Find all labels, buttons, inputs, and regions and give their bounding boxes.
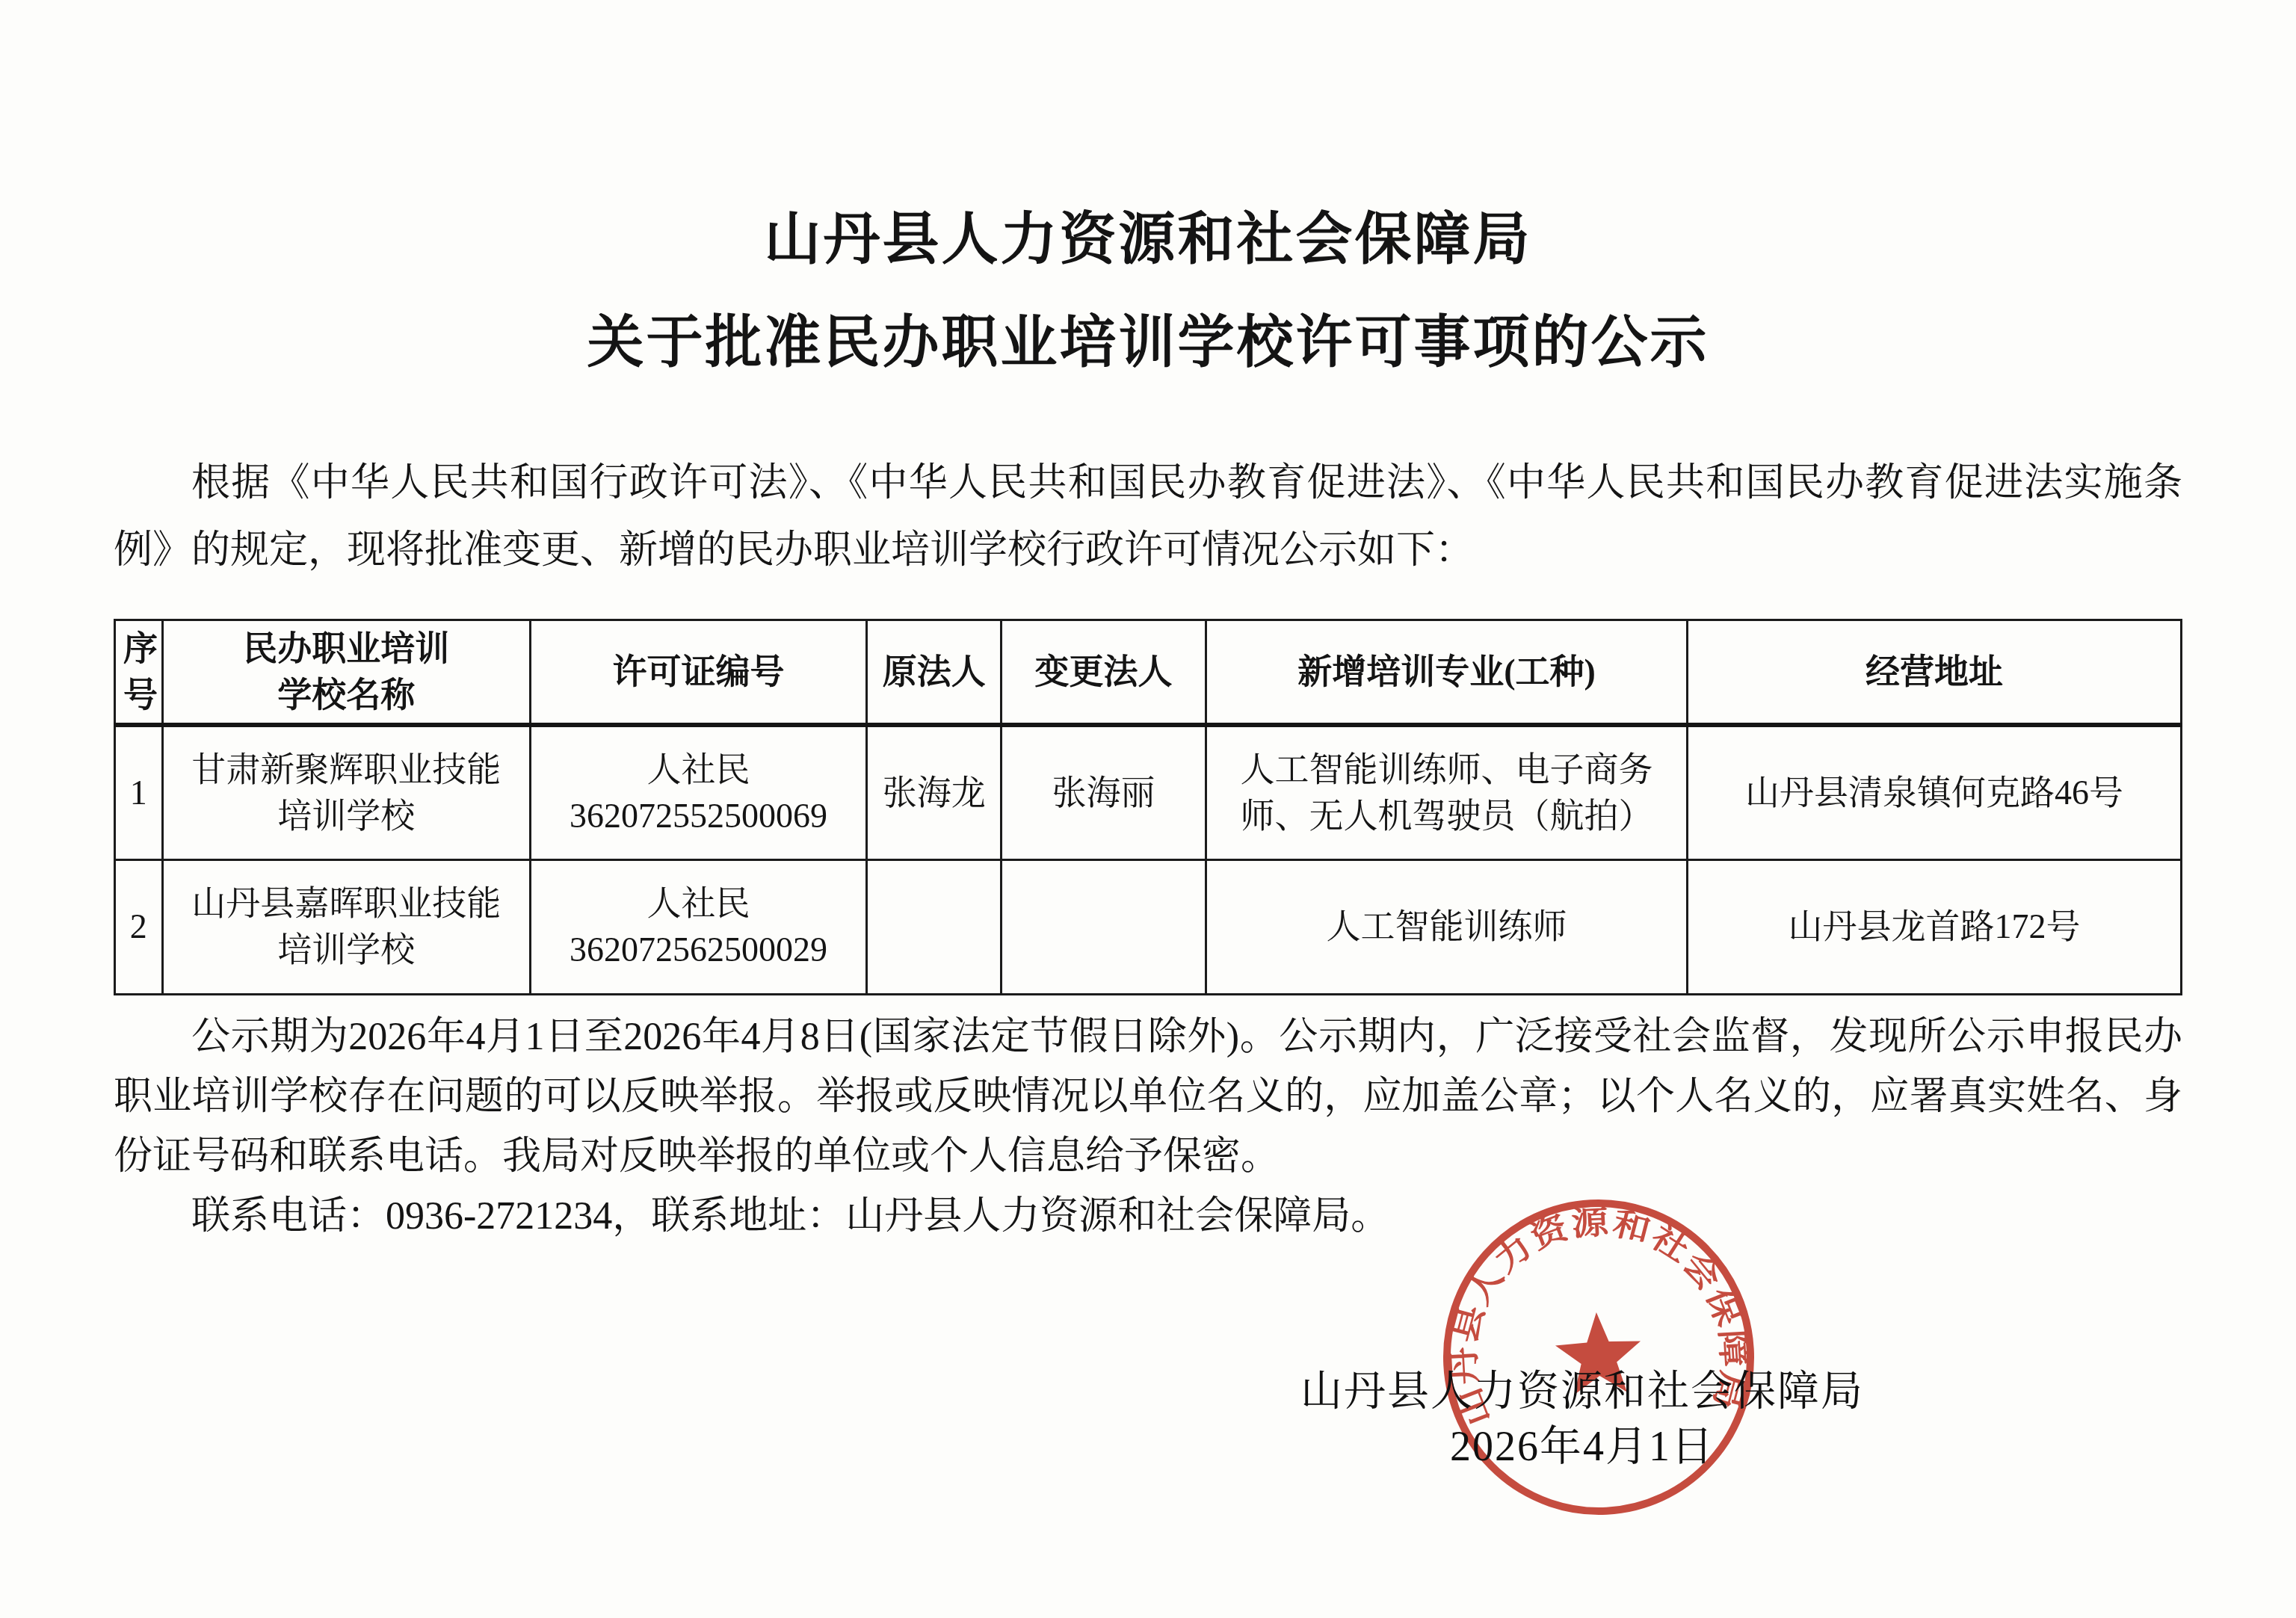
cell-school: 甘肃新聚辉职业技能 培训学校 [162,725,530,859]
intro-paragraph: 根据《中华人民共和国行政许可法》、《中华人民共和国民办教育促进法》、《中华人民共… [114,450,2182,584]
cell-new-legal: 张海丽 [1002,725,1206,859]
table-header-row: 序号 民办职业培训 学校名称 许可证编号 原法人 变更法人 新增培训专业(工种)… [115,620,2182,726]
header-school: 民办职业培训 学校名称 [162,620,530,726]
signature-block: 山丹县人力资源和社会保障局 2026年4月1日 [1283,1364,1881,1475]
title-line-1: 山丹县人力资源和社会保障局 [0,188,2296,291]
cell-former-legal: 张海龙 [867,725,1002,859]
notice-paragraph: 公示期为2026年4月1日至2026年4月8日(国家法定节假日除外)。公示期内，… [114,1007,2182,1187]
cell-no: 2 [115,859,163,994]
header-new-legal: 变更法人 [1002,620,1206,726]
table-row: 2 山丹县嘉晖职业技能 培训学校 人社民 362072562500029 人工智… [115,859,2182,994]
cell-majors: 人工智能训练师、电子商务师、无人机驾驶员（航拍） [1206,725,1687,859]
signature-org: 山丹县人力资源和社会保障局 [1283,1364,1881,1419]
header-majors: 新增培训专业(工种) [1206,620,1687,726]
official-seal: 山丹县人力资源和社会保障局 [1427,1185,1771,1529]
cell-license: 人社民 362072552500069 [530,725,867,859]
cell-address: 山丹县清泉镇何克路46号 [1688,725,2182,859]
header-license: 许可证编号 [530,620,867,726]
title-line-2: 关于批准民办职业培训学校许可事项的公示 [0,291,2296,395]
table-row: 1 甘肃新聚辉职业技能 培训学校 人社民 362072552500069 张海龙… [115,725,2182,859]
header-no: 序号 [115,620,163,726]
cell-school: 山丹县嘉晖职业技能 培训学校 [162,859,530,994]
document-page: 山丹县人力资源和社会保障局 关于批准民办职业培训学校许可事项的公示 根据《中华人… [0,0,2296,1618]
cell-address: 山丹县龙首路172号 [1688,859,2182,994]
cell-license: 人社民 362072562500029 [530,859,867,994]
header-address: 经营地址 [1688,620,2182,726]
license-table: 序号 民办职业培训 学校名称 许可证编号 原法人 变更法人 新增培训专业(工种)… [114,619,2182,995]
cell-majors: 人工智能训练师 [1206,859,1687,994]
cell-no: 1 [115,725,163,859]
cell-new-legal [1002,859,1206,994]
signature-date: 2026年4月1日 [1283,1419,1881,1475]
cell-former-legal [867,859,1002,994]
contact-line: 联系电话：0936-2721234，联系地址：山丹县人力资源和社会保障局。 [114,1187,2182,1247]
document-body: 根据《中华人民共和国行政许可法》、《中华人民共和国民办教育促进法》、《中华人民共… [114,450,2182,1247]
document-title: 山丹县人力资源和社会保障局 关于批准民办职业培训学校许可事项的公示 [0,0,2296,395]
header-former-legal: 原法人 [867,620,1002,726]
